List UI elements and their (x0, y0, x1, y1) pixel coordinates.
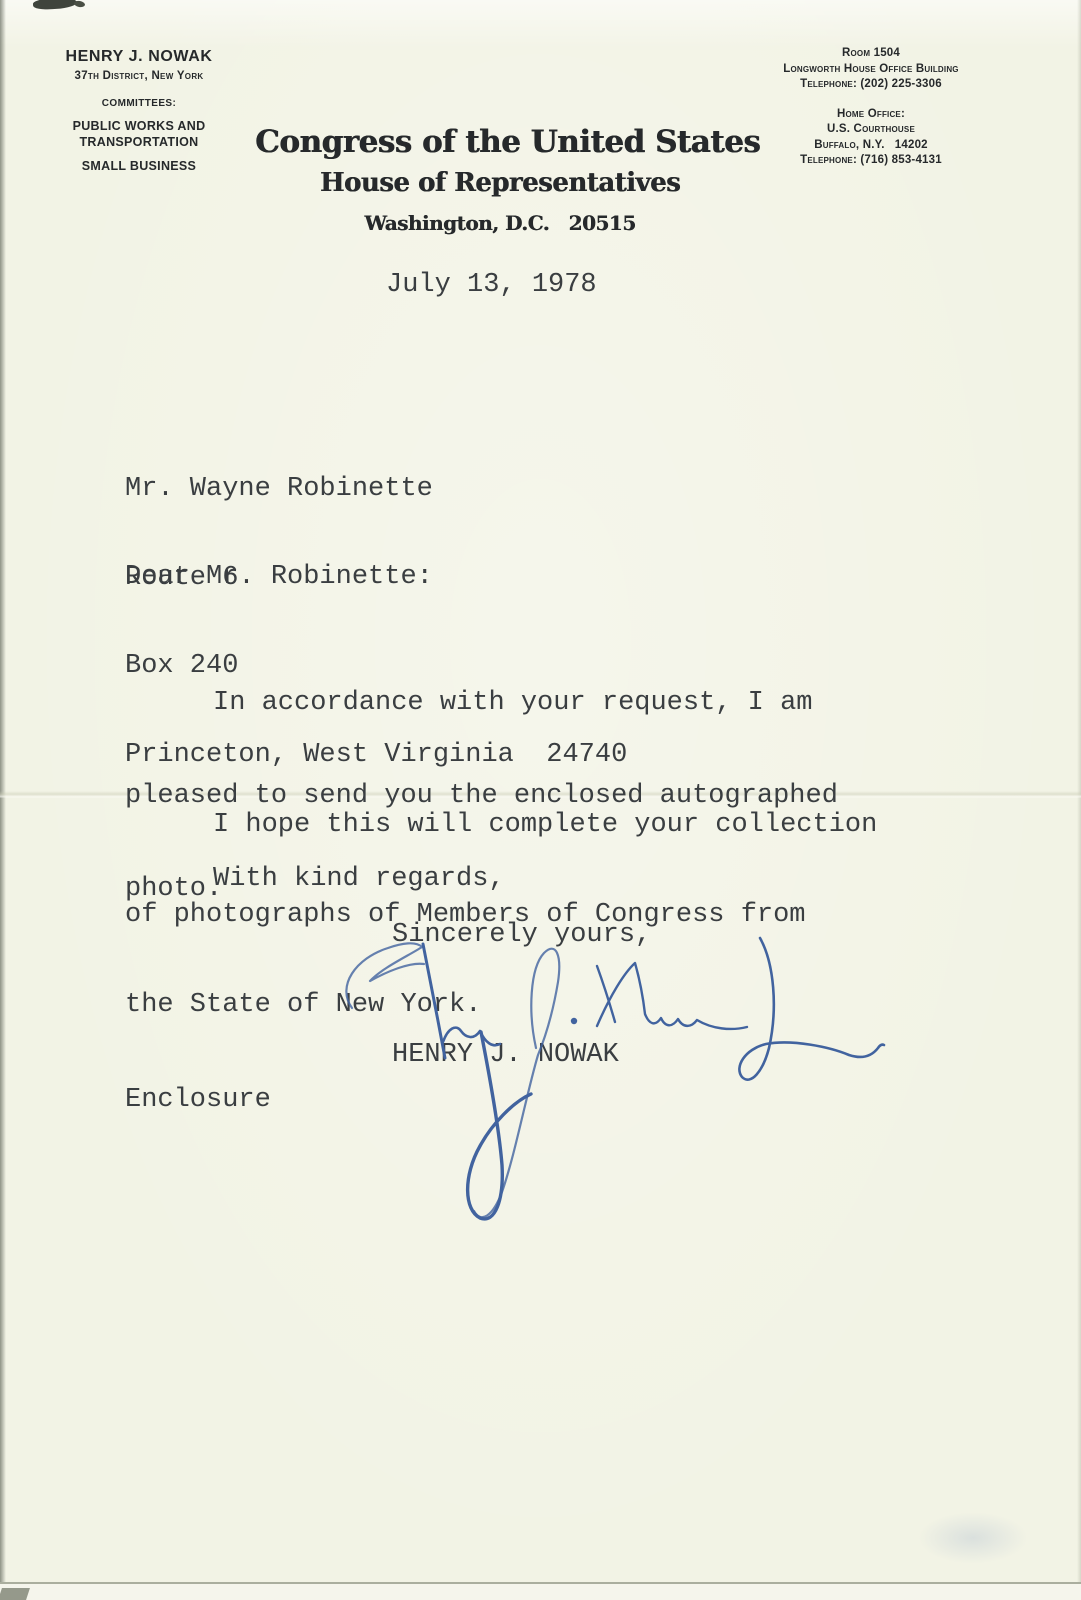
home-office-city: Buffalo, N.Y. 14202 (745, 138, 997, 154)
home-telephone: Telephone: (716) 853-4131 (745, 153, 997, 169)
scan-top-light-band (0, 0, 1081, 48)
recipient-name: Mr. Wayne Robinette (125, 475, 627, 505)
scan-bottom-left-corner-mark (0, 1588, 30, 1600)
committee-small-business: SMALL BUSINESS (28, 159, 250, 173)
home-office-name: U.S. Courthouse (745, 122, 997, 138)
scanned-letter-page: HENRY J. NOWAK 37th District, New York C… (0, 0, 1081, 1600)
office-building: Longworth House Office Building (745, 62, 997, 78)
member-name: HENRY J. NOWAK (28, 48, 250, 66)
committees-label: COMMITTEES: (28, 98, 250, 109)
salutation: Dear Mr. Robinette: (125, 562, 433, 592)
house-title: House of Representatives (255, 168, 745, 198)
scan-right-edge (1077, 0, 1081, 1600)
letterhead-right-block: Room 1504 Longworth House Office Buildin… (745, 46, 997, 169)
dc-telephone: Telephone: (202) 225-3306 (745, 77, 997, 93)
letterhead-center-block: Congress of the United States House of R… (255, 124, 745, 235)
scan-bottom-edge (0, 1582, 1081, 1600)
home-office-label: Home Office: (745, 107, 997, 123)
kind-regards-line: With kind regards, (213, 864, 505, 894)
handwritten-signature (320, 925, 900, 1245)
committee-public-works: PUBLIC WORKS AND TRANSPORTATION (28, 118, 250, 150)
ink-smudge-bottom-right (918, 1512, 1028, 1564)
letter-date: July 13, 1978 (386, 270, 597, 300)
congress-title: Congress of the United States (255, 124, 745, 160)
scan-left-edge (0, 0, 6, 1600)
member-district: 37th District, New York (28, 70, 250, 82)
letterhead-left-block: HENRY J. NOWAK 37th District, New York C… (28, 48, 250, 173)
room-number: Room 1504 (745, 46, 997, 62)
enclosure-note: Enclosure (125, 1085, 271, 1115)
washington-address: Washington, D.C. 20515 (255, 211, 745, 235)
